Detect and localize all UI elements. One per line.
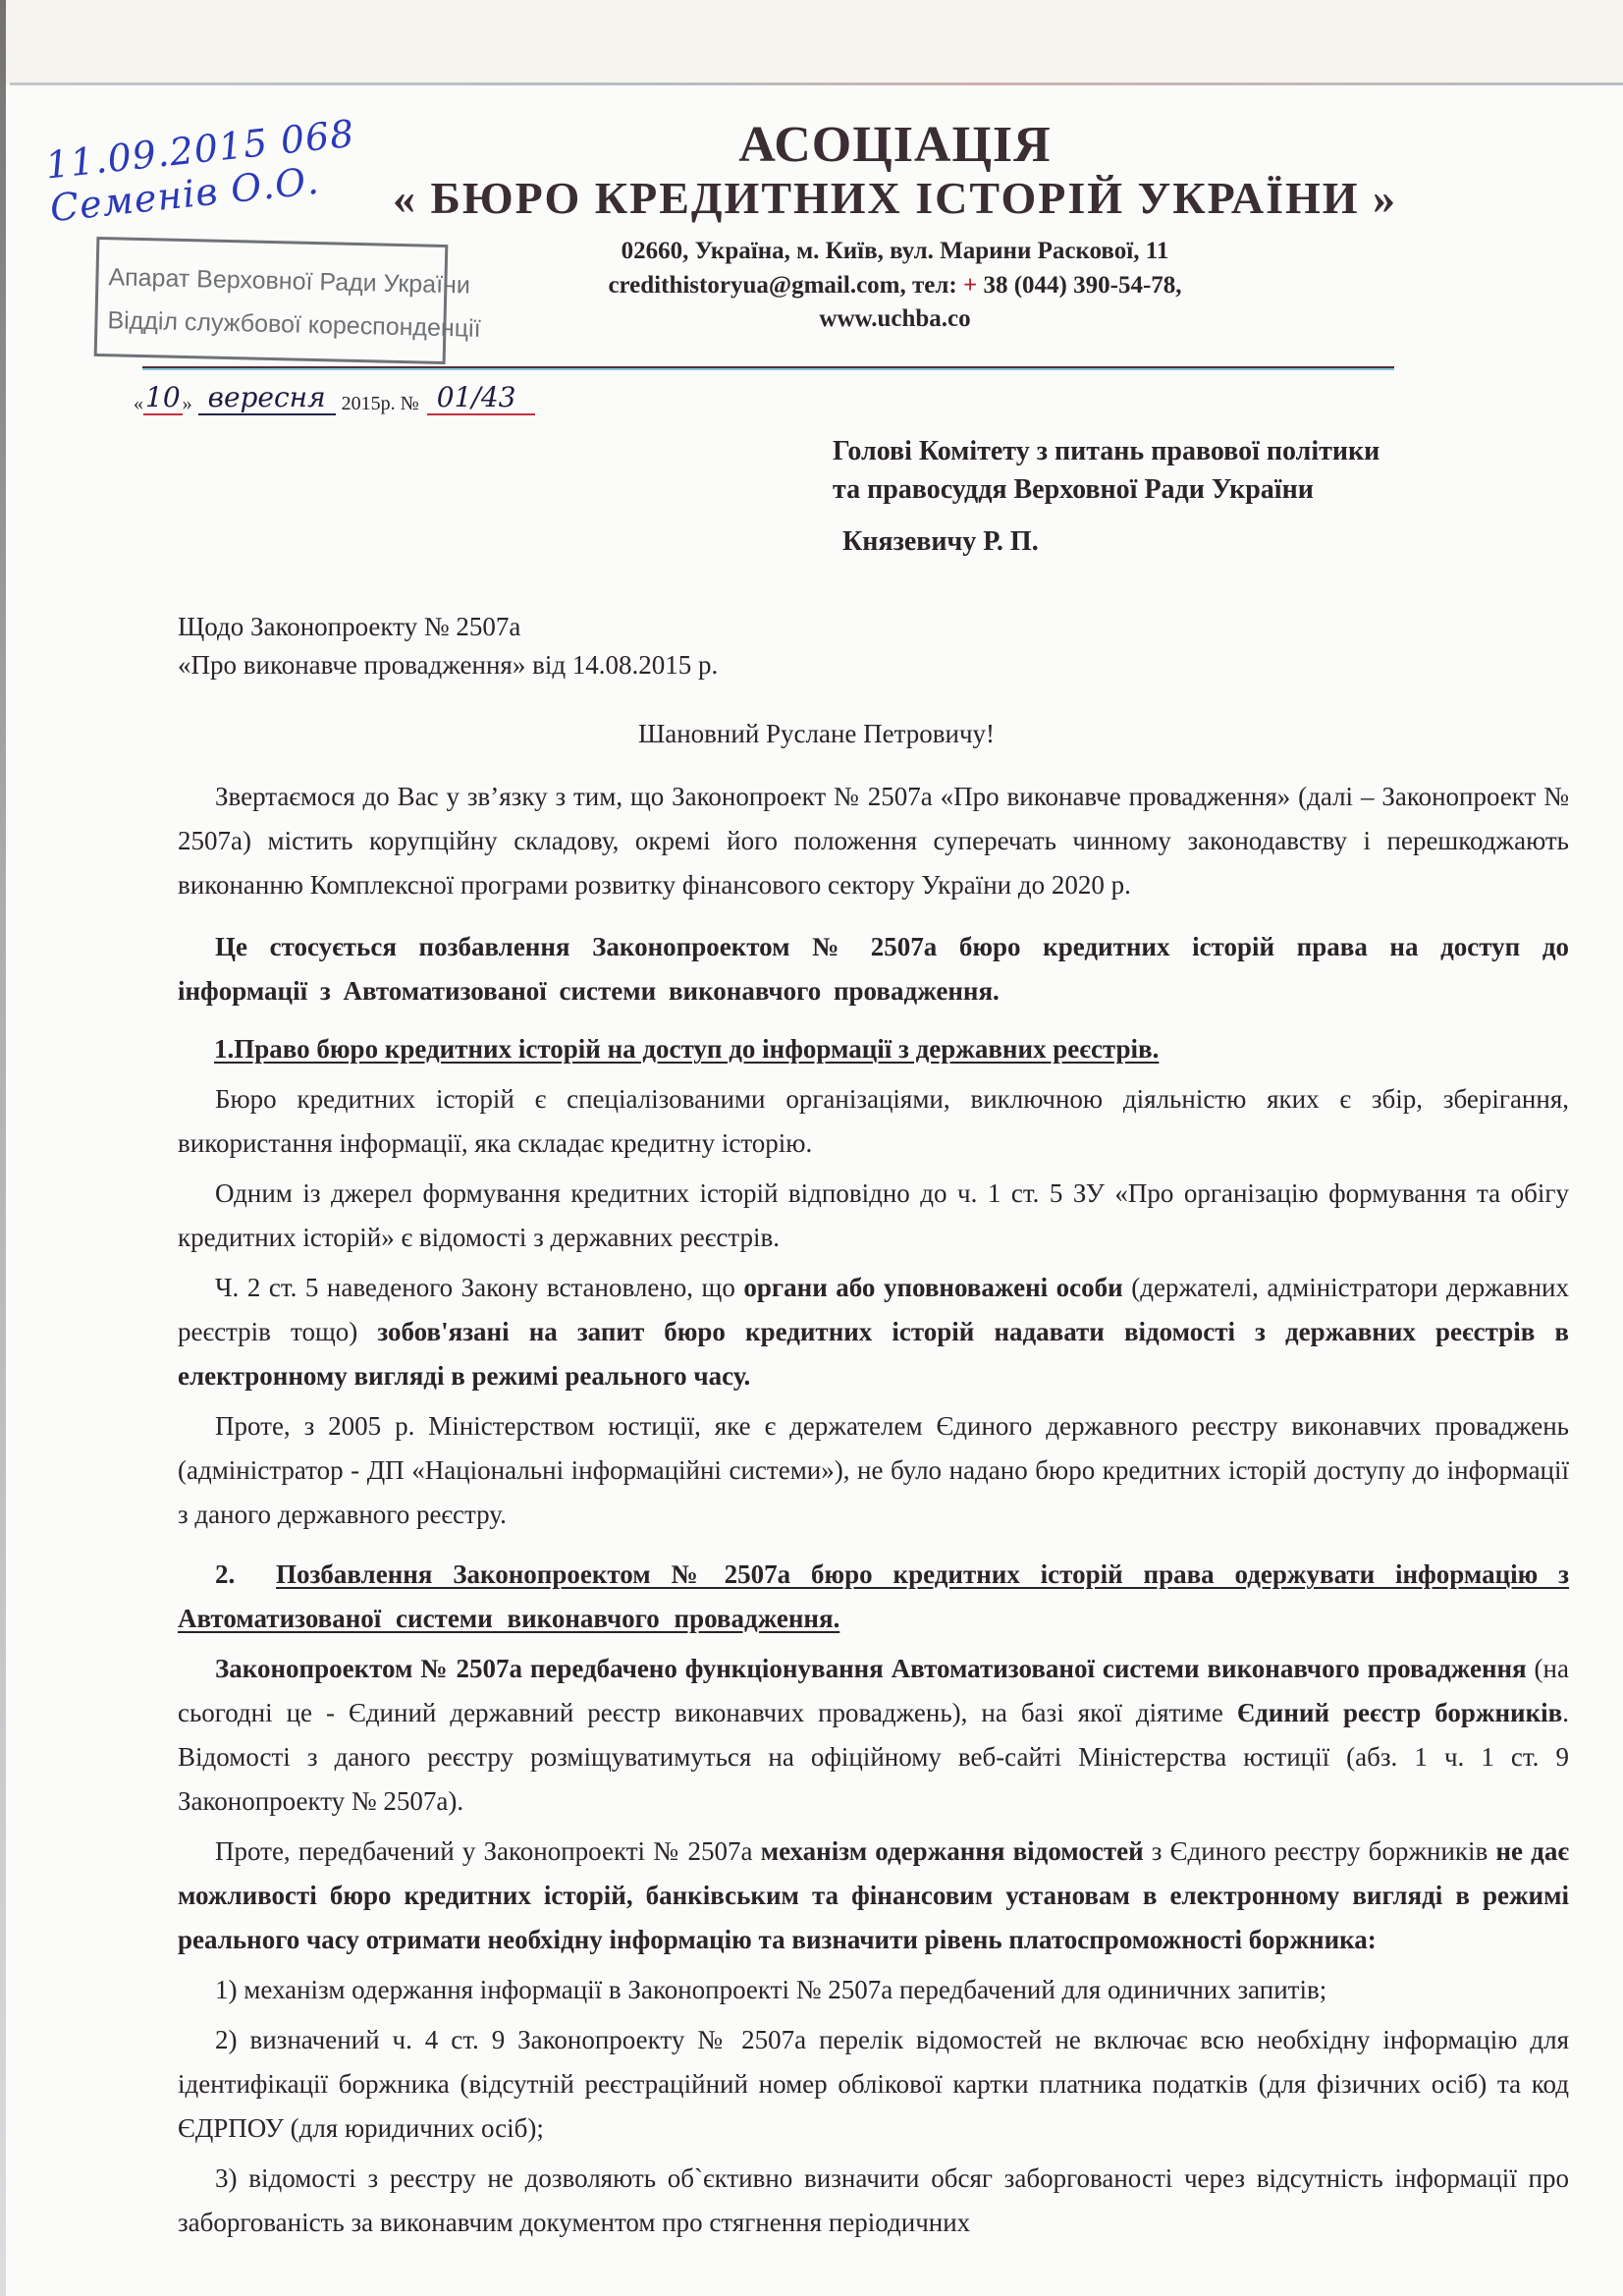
addressee-line-2: та правосуддя Верховної Ради України	[833, 470, 1380, 509]
date-day: 10	[143, 381, 183, 415]
list-item-text: механізм одержання інформації в Законопр…	[243, 1975, 1326, 2004]
quote-open: «	[134, 393, 143, 415]
bold-run: зобов'язані на запит бюро кредитних істо…	[178, 1317, 1569, 1391]
subject-block: Щодо Законопроекту № 2507а «Про виконавч…	[178, 608, 718, 684]
letter-body: Звертаємося до Вас у зв’язку з тим, що З…	[178, 775, 1569, 2245]
text-run: Проте, передбачений у Законопроекті № 25…	[215, 1836, 761, 1866]
section-1-paragraph-3: Ч. 2 ст. 5 наведеного Закону встановлено…	[178, 1266, 1569, 1398]
salutation: Шановний Руслане Петровичу!	[638, 719, 995, 749]
list-item-number: 1)	[215, 1975, 238, 2004]
phone-label: тел:	[912, 272, 957, 299]
letterhead-title: АСОЦІАЦІЯ	[0, 116, 1623, 174]
addressee-name: Князевичу Р. П.	[842, 522, 1380, 561]
letterhead-contact: credithistoryua@gmail.com, тел: + 38 (04…	[0, 272, 1623, 300]
subject-line-2: «Про виконавче провадження» від 14.08.20…	[178, 646, 718, 684]
phone-number: 38 (044) 390-54-78,	[983, 272, 1181, 299]
date-year: 2015р. №	[342, 393, 419, 415]
list-item-number: 3)	[215, 2163, 238, 2193]
letterhead-divider	[142, 366, 1394, 370]
bold-run: Законопроектом № 2507а передбачено функц…	[215, 1654, 1527, 1683]
text-run: з Єдиного реєстру боржників	[1144, 1836, 1496, 1866]
list-item-text: відомості з реєстру не дозволяють об`єкт…	[178, 2163, 1569, 2237]
letterhead-email[interactable]: credithistoryua@gmail.com,	[608, 272, 905, 299]
section-2-paragraph-1: Законопроектом № 2507а передбачено функц…	[178, 1647, 1569, 1824]
list-item: 1) механізм одержання інформації в Закон…	[178, 1968, 1569, 2012]
list-item: 2) визначений ч. 4 ст. 9 Законопроекту №…	[178, 2018, 1569, 2151]
outgoing-dateline: « 10 » вересня 2015р. № 01/43	[134, 376, 535, 415]
bold-run: органи або уповноважені особи	[743, 1273, 1122, 1302]
section-1-heading: 1.Право бюро кредитних історій на доступ…	[178, 1027, 1569, 1071]
list-item-text: визначений ч. 4 ст. 9 Законопроекту № 25…	[178, 2025, 1569, 2143]
page-left-edge	[0, 0, 6, 2296]
phone-plus: +	[963, 272, 977, 299]
quote-close: »	[183, 393, 192, 415]
section-1-paragraph-4: Проте, з 2005 р. Міністерством юстиції, …	[178, 1404, 1569, 1537]
section-2-number: 2.	[215, 1559, 235, 1589]
outgoing-number: 01/43	[427, 381, 535, 415]
section-1-paragraph-1: Бюро кредитних історій є спеціалізованим…	[178, 1077, 1569, 1166]
concern-paragraph: Це стосується позбавлення Законопроектом…	[178, 925, 1569, 1013]
page-edge	[10, 82, 1623, 85]
addressee-line-1: Голові Комітету з питань правової політи…	[833, 432, 1380, 470]
letterhead-address: 02660, Україна, м. Київ, вул. Марини Рас…	[0, 238, 1623, 265]
scan-top-margin	[0, 0, 1623, 84]
section-2-paragraph-2: Проте, передбачений у Законопроекті № 25…	[178, 1830, 1569, 1962]
date-month: вересня	[198, 381, 336, 415]
letterhead-website[interactable]: www.uchba.co	[0, 305, 1623, 333]
section-2-heading: 2. Позбавлення Законопроектом № 2507а бю…	[178, 1553, 1569, 1641]
section-1-paragraph-2: Одним із джерел формування кредитних іст…	[178, 1172, 1569, 1260]
list-item-number: 2)	[215, 2025, 238, 2054]
bold-run: механізм одержання відомостей	[761, 1836, 1144, 1866]
bold-run: Єдиний реєстр боржників	[1237, 1698, 1562, 1727]
intro-paragraph: Звертаємося до Вас у зв’язку з тим, що З…	[178, 775, 1569, 907]
subject-line-1: Щодо Законопроекту № 2507а	[178, 608, 718, 646]
list-item: 3) відомості з реєстру не дозволяють об`…	[178, 2157, 1569, 2245]
text-run: Ч. 2 ст. 5 наведеного Закону встановлено…	[215, 1273, 743, 1302]
letterhead-organization: « БЮРО КРЕДИТНИХ ІСТОРІЙ УКРАЇНИ »	[0, 172, 1623, 224]
section-1-heading-text: 1.Право бюро кредитних історій на доступ…	[214, 1034, 1159, 1064]
addressee-block: Голові Комітету з питань правової політи…	[833, 432, 1380, 561]
section-2-heading-text: Позбавлення Законопроектом № 2507а бюро …	[178, 1559, 1569, 1633]
